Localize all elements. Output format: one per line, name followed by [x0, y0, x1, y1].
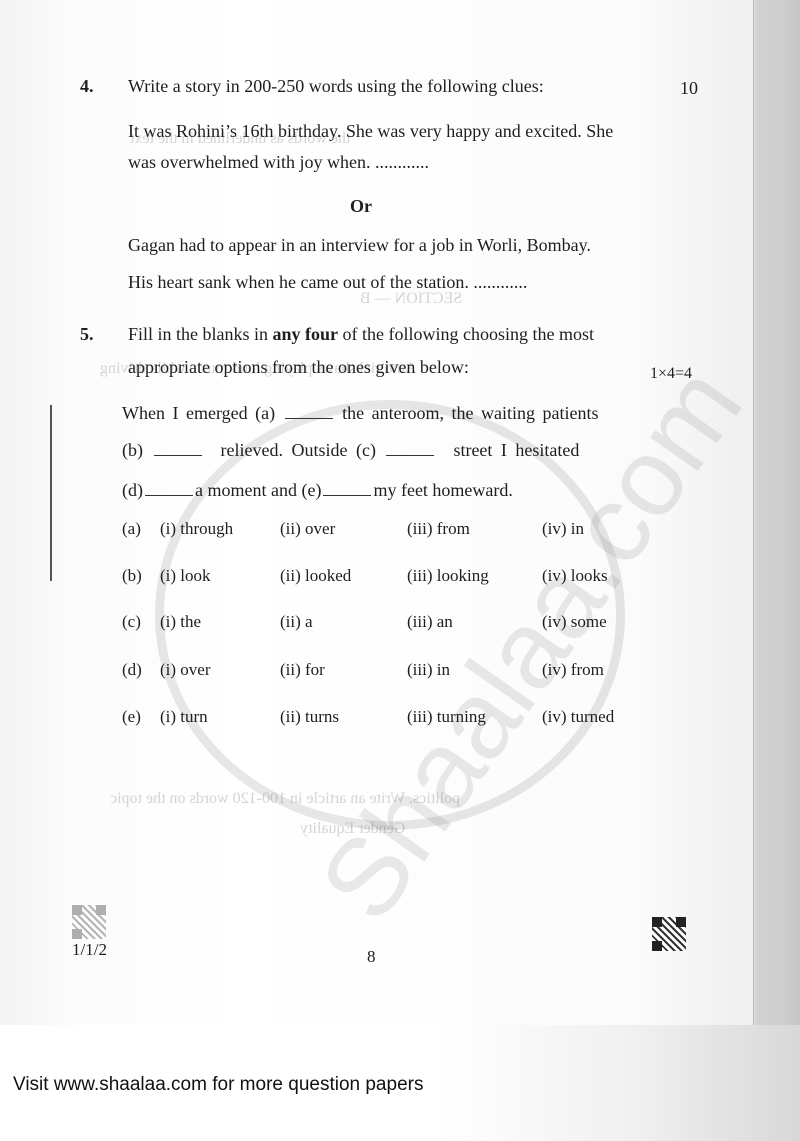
question-4-clue-1-line-1: It was Rohini’s 16th birthday. She was v… [128, 121, 613, 142]
blank-c [386, 441, 434, 456]
question-5-prompt-line-2: appropriate options from the ones given … [128, 357, 469, 378]
option-choice: (iii) turning [407, 707, 486, 727]
passage-text: my feet homeward. [373, 480, 512, 500]
question-5-marks: 1×4=4 [650, 365, 692, 383]
option-choice: (ii) turns [280, 707, 339, 727]
option-choice: (ii) looked [280, 566, 351, 586]
option-choice: (i) look [160, 566, 211, 586]
option-choice: (iii) an [407, 612, 453, 632]
option-row-label: (c) [122, 612, 141, 632]
question-5-prompt-emphasis: any four [273, 324, 339, 344]
scan-shadow [440, 1025, 800, 1141]
qr-code-icon [72, 905, 106, 939]
blank-b [154, 441, 202, 456]
passage-text: (d) [122, 480, 143, 500]
passage-text: a moment and (e) [195, 480, 321, 500]
option-row-label: (b) [122, 566, 142, 586]
option-choice: (ii) for [280, 660, 325, 680]
option-choice: (ii) over [280, 519, 335, 539]
blank-a [285, 404, 333, 419]
blank-e [323, 481, 371, 496]
option-choice: (iv) from [542, 660, 604, 680]
page-edge-shadow [753, 0, 800, 1025]
page-number: 8 [367, 947, 376, 967]
question-5-prompt-end: of the following choosing the most [338, 324, 594, 344]
option-choice: (i) through [160, 519, 233, 539]
option-choice: (iii) from [407, 519, 470, 539]
question-5-prompt: Fill in the blanks in any four of the fo… [128, 324, 594, 345]
option-choice: (i) the [160, 612, 201, 632]
passage-text: When I emerged (a) [122, 403, 275, 423]
question-4-clue-2-line-2: His heart sank when he came out of the s… [128, 272, 527, 293]
passage-line-2: (b) relieved. Outside (c) street I hesit… [122, 440, 579, 461]
passage-text: the anteroom, the waiting patients [342, 403, 598, 423]
option-row-label: (d) [122, 660, 142, 680]
question-5-number: 5. [80, 324, 94, 345]
option-choice: (i) turn [160, 707, 208, 727]
qr-code-icon [652, 917, 686, 951]
option-choice: (ii) a [280, 612, 313, 632]
passage-line-1: When I emerged (a) the anteroom, the wai… [122, 403, 599, 424]
question-4-clue-1-line-2: was overwhelmed with joy when. .........… [128, 152, 429, 173]
option-choice: (iv) in [542, 519, 584, 539]
option-row-label: (a) [122, 519, 141, 539]
question-5-prompt-start: Fill in the blanks in [128, 324, 273, 344]
option-choice: (iv) some [542, 612, 607, 632]
option-choice: (iv) looks [542, 566, 608, 586]
passage-text: street I hesitated [453, 440, 579, 460]
margin-line [50, 405, 52, 581]
blank-d [145, 481, 193, 496]
question-4-marks: 10 [680, 78, 698, 99]
paper-code: 1/1/2 [72, 940, 107, 960]
question-4-clue-2-line-1: Gagan had to appear in an interview for … [128, 235, 591, 256]
option-row-label: (e) [122, 707, 141, 727]
passage-text: (b) [122, 440, 143, 460]
question-4-or-divider: Or [350, 196, 372, 217]
website-banner-link[interactable]: Visit www.shaalaa.com for more question … [13, 1074, 423, 1096]
passage-text: relieved. Outside (c) [221, 440, 376, 460]
passage-line-3: (d)a moment and (e)my feet homeward. [122, 480, 513, 501]
option-choice: (i) over [160, 660, 211, 680]
option-choice: (iii) in [407, 660, 450, 680]
option-choice: (iii) looking [407, 566, 489, 586]
question-4-prompt: Write a story in 200-250 words using the… [128, 76, 544, 97]
question-4-number: 4. [80, 76, 94, 97]
option-choice: (iv) turned [542, 707, 614, 727]
